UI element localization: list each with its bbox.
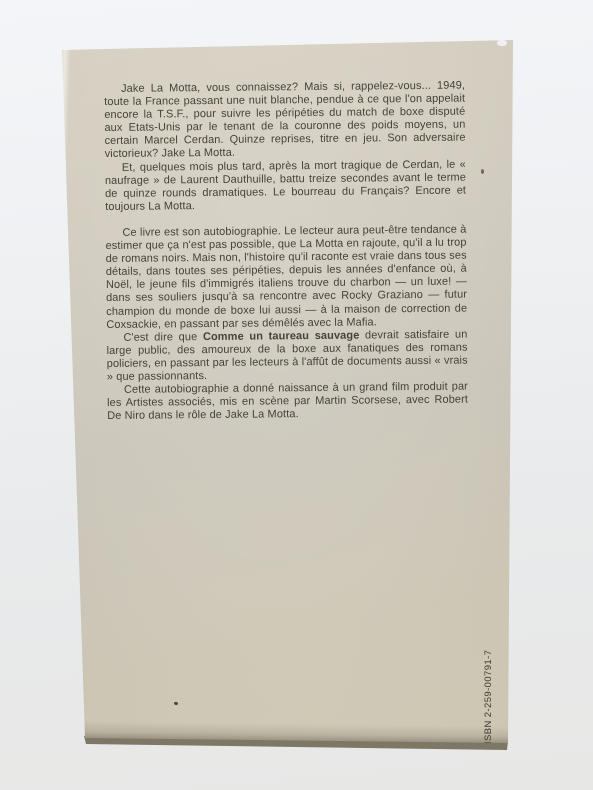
book-back-cover: Jake La Motta, vous connaissez? Mais si,… bbox=[0, 0, 593, 790]
top-right-corner-chip bbox=[497, 40, 507, 46]
inline-book-title: Comme un taureau sauvage bbox=[203, 329, 360, 343]
blurb-paragraph-1: Jake La Motta, vous connaissez? Mais si,… bbox=[104, 80, 466, 162]
cover-speck bbox=[481, 169, 484, 174]
blurb-text-block: Jake La Motta, vous connaissez? Mais si,… bbox=[104, 80, 468, 424]
photo-background: Jake La Motta, vous connaissez? Mais si,… bbox=[0, 0, 593, 790]
blurb-paragraph-2: Et, quelques mois plus tard, après la mo… bbox=[105, 158, 466, 214]
blurb-paragraph-4: C'est dire que Comme un taureau sauvage … bbox=[106, 328, 467, 384]
blurb-paragraph-5: Cette autobiographie a donné naissance à… bbox=[107, 381, 468, 424]
left-page-edge-highlight bbox=[37, 47, 71, 743]
blurb-paragraph-3: Ce livre est son autobiographie. Le lect… bbox=[105, 223, 467, 331]
blurb-paragraph-4-pre: C'est dire que bbox=[123, 331, 203, 344]
isbn-label: ISBN 2-259-00791-7 bbox=[483, 602, 495, 744]
